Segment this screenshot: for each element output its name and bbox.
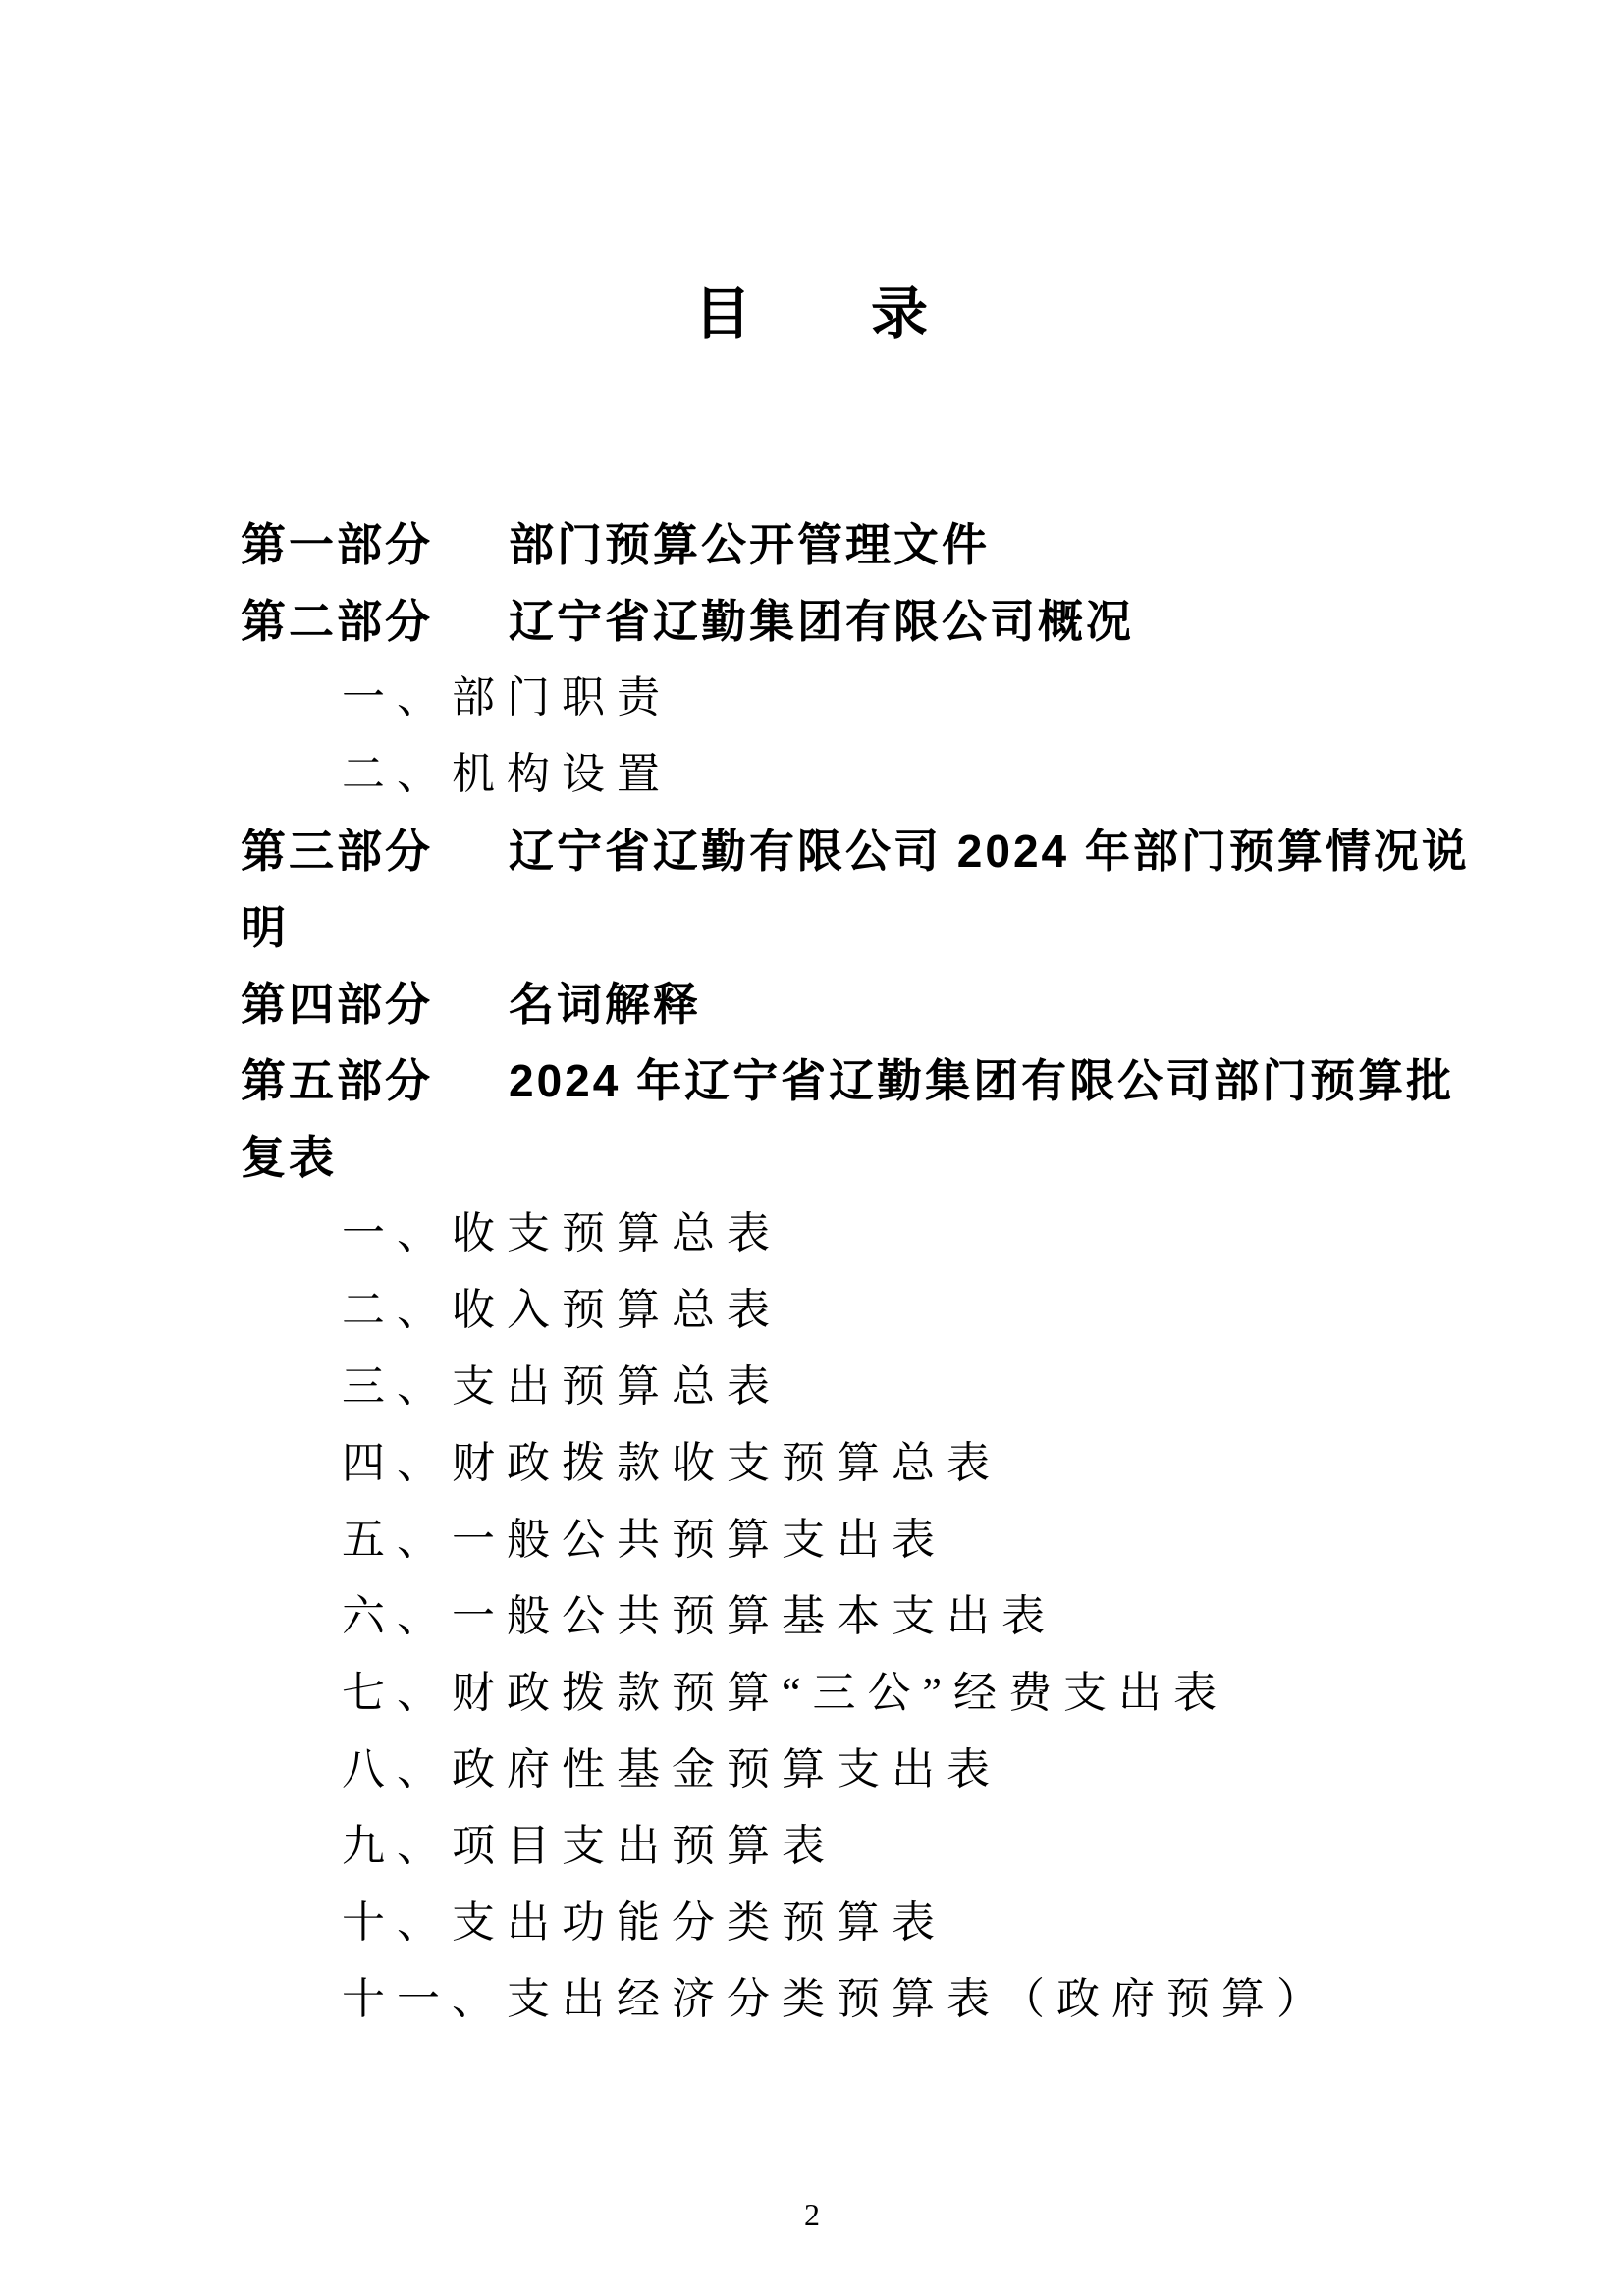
toc-item-line: 九、项目支出预算表 xyxy=(241,1808,1409,1885)
toc-part-label: 第二部分 xyxy=(241,583,509,660)
toc-item-line: 十、支出功能分类预算表 xyxy=(241,1885,1409,1961)
page-title: 目 录 xyxy=(0,275,1624,353)
toc-part-title: 辽宁省辽勤集团有限公司概况 xyxy=(509,596,1134,647)
toc-part-line-1: 第一部分部门预算公开管理文件 xyxy=(241,507,1409,583)
toc-part-title: 2024 年辽宁省辽勤集团有限公司部门预算批 xyxy=(509,1055,1454,1106)
document-page: 目 录 第一部分部门预算公开管理文件 第二部分辽宁省辽勤集团有限公司概况 一、部… xyxy=(0,0,1624,2296)
toc-part-label: 第三部分 xyxy=(241,813,509,889)
table-of-contents: 第一部分部门预算公开管理文件 第二部分辽宁省辽勤集团有限公司概况 一、部门职责 … xyxy=(241,507,1409,2038)
toc-part-line-5: 第五部分2024 年辽宁省辽勤集团有限公司部门预算批 xyxy=(241,1042,1409,1119)
toc-part-continuation: 明 xyxy=(241,889,1409,966)
toc-item-line: 一、收支预算总表 xyxy=(241,1196,1409,1272)
toc-part-label: 第一部分 xyxy=(241,507,509,583)
toc-part-label: 第五部分 xyxy=(241,1042,509,1119)
toc-part-line-3: 第三部分辽宁省辽勤有限公司 2024 年部门预算情况说 xyxy=(241,813,1409,889)
toc-item-line: 四、财政拨款收支预算总表 xyxy=(241,1425,1409,1502)
toc-part-continuation: 复表 xyxy=(241,1119,1409,1196)
toc-item-line: 八、政府性基金预算支出表 xyxy=(241,1732,1409,1808)
toc-item-line: 二、机构设置 xyxy=(241,736,1409,813)
page-number: 2 xyxy=(0,2191,1624,2238)
toc-part-title: 名词解释 xyxy=(509,979,701,1030)
toc-part-title: 部门预算公开管理文件 xyxy=(509,519,990,570)
toc-part-label: 第四部分 xyxy=(241,966,509,1042)
toc-item-line: 六、一般公共预算基本支出表 xyxy=(241,1578,1409,1655)
toc-item-line: 一、部门职责 xyxy=(241,660,1409,736)
toc-item-line: 五、一般公共预算支出表 xyxy=(241,1502,1409,1578)
toc-part-line-2: 第二部分辽宁省辽勤集团有限公司概况 xyxy=(241,583,1409,660)
toc-item-line: 二、收入预算总表 xyxy=(241,1272,1409,1349)
toc-part-line-4: 第四部分名词解释 xyxy=(241,966,1409,1042)
toc-item-line: 七、财政拨款预算“三公”经费支出表 xyxy=(241,1655,1409,1732)
toc-part-title: 辽宁省辽勤有限公司 2024 年部门预算情况说 xyxy=(509,826,1470,877)
toc-item-line: 三、支出预算总表 xyxy=(241,1349,1409,1425)
toc-item-line: 十一、支出经济分类预算表（政府预算） xyxy=(241,1961,1409,2038)
